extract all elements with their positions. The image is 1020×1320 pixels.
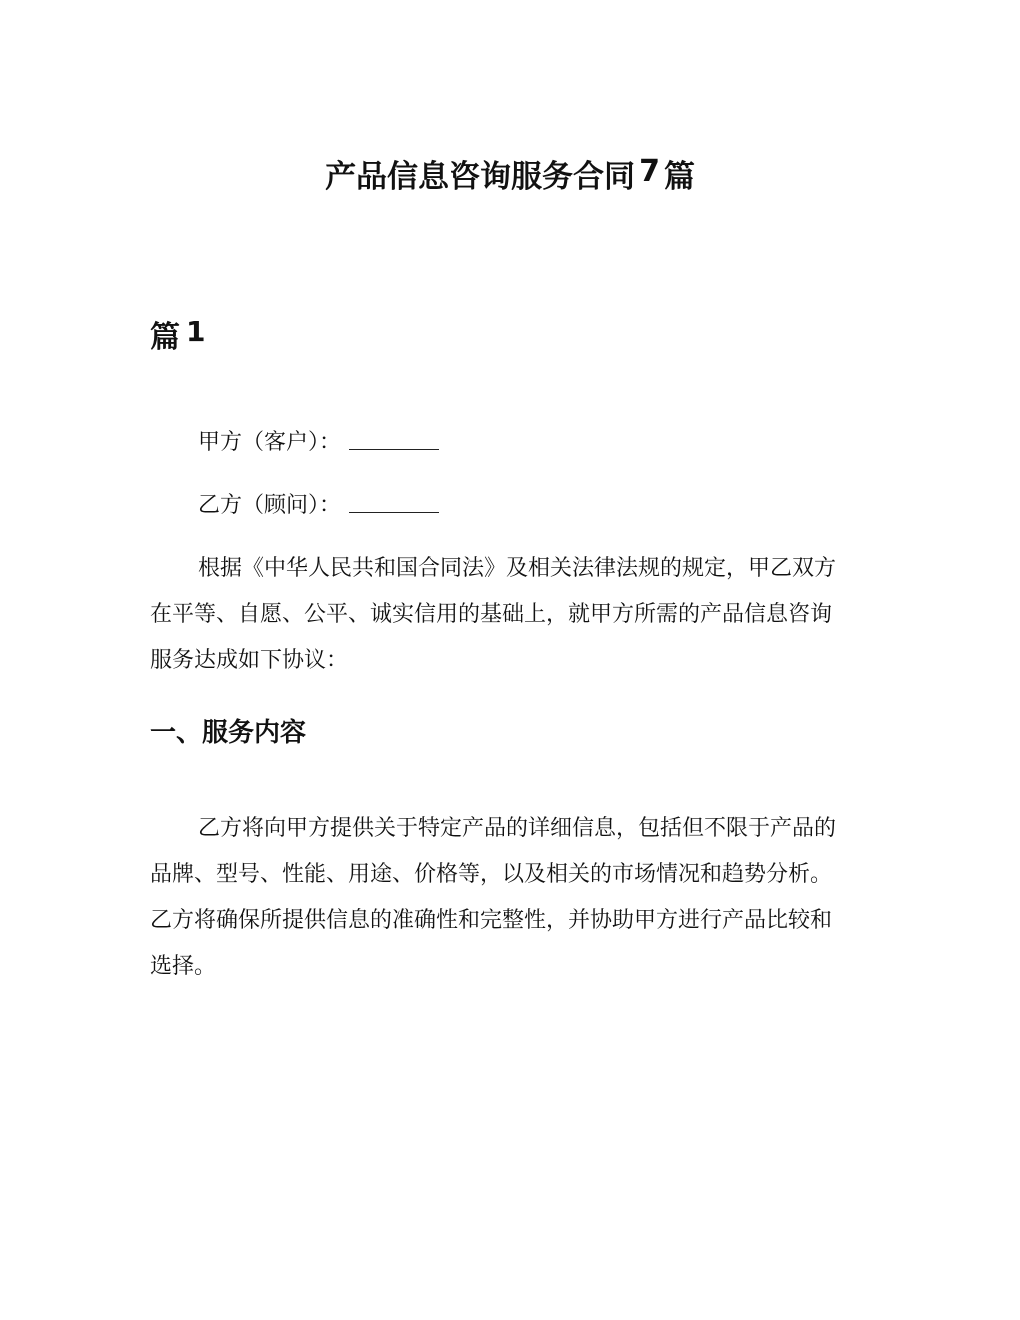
clause-1-body: 乙方将向甲方提供关于特定产品的详细信息，包括但不限于产品的品牌、型号、性能、用途… <box>150 806 850 990</box>
party-a-label: 甲方（客户）： <box>198 428 341 458</box>
section-title: 篇1 <box>150 313 205 363</box>
document-page: 产品信息咨询服务合同7篇 篇1 甲方（客户）： 乙方（顾问）： 根据《中华人民共… <box>0 0 1020 1320</box>
party-b-field: 乙方（顾问）： <box>198 491 439 521</box>
title-count: 7 <box>639 154 660 189</box>
party-b-blank-line <box>349 500 439 513</box>
clause-1-heading: 一、服务内容 <box>150 713 306 753</box>
party-a-field: 甲方（客户）： <box>198 428 439 458</box>
title-text: 产品信息咨询服务合同 <box>325 159 635 195</box>
document-title: 产品信息咨询服务合同7篇 <box>0 152 1020 203</box>
section-number: 1 <box>186 315 205 348</box>
section-label: 篇 <box>150 320 180 355</box>
intro-paragraph: 根据《中华人民共和国合同法》及相关法律法规的规定，甲乙双方在平等、自愿、公平、诚… <box>150 546 850 684</box>
title-suffix: 篇 <box>664 159 695 195</box>
party-a-blank-line <box>349 437 439 450</box>
party-b-label: 乙方（顾问）： <box>198 491 341 521</box>
